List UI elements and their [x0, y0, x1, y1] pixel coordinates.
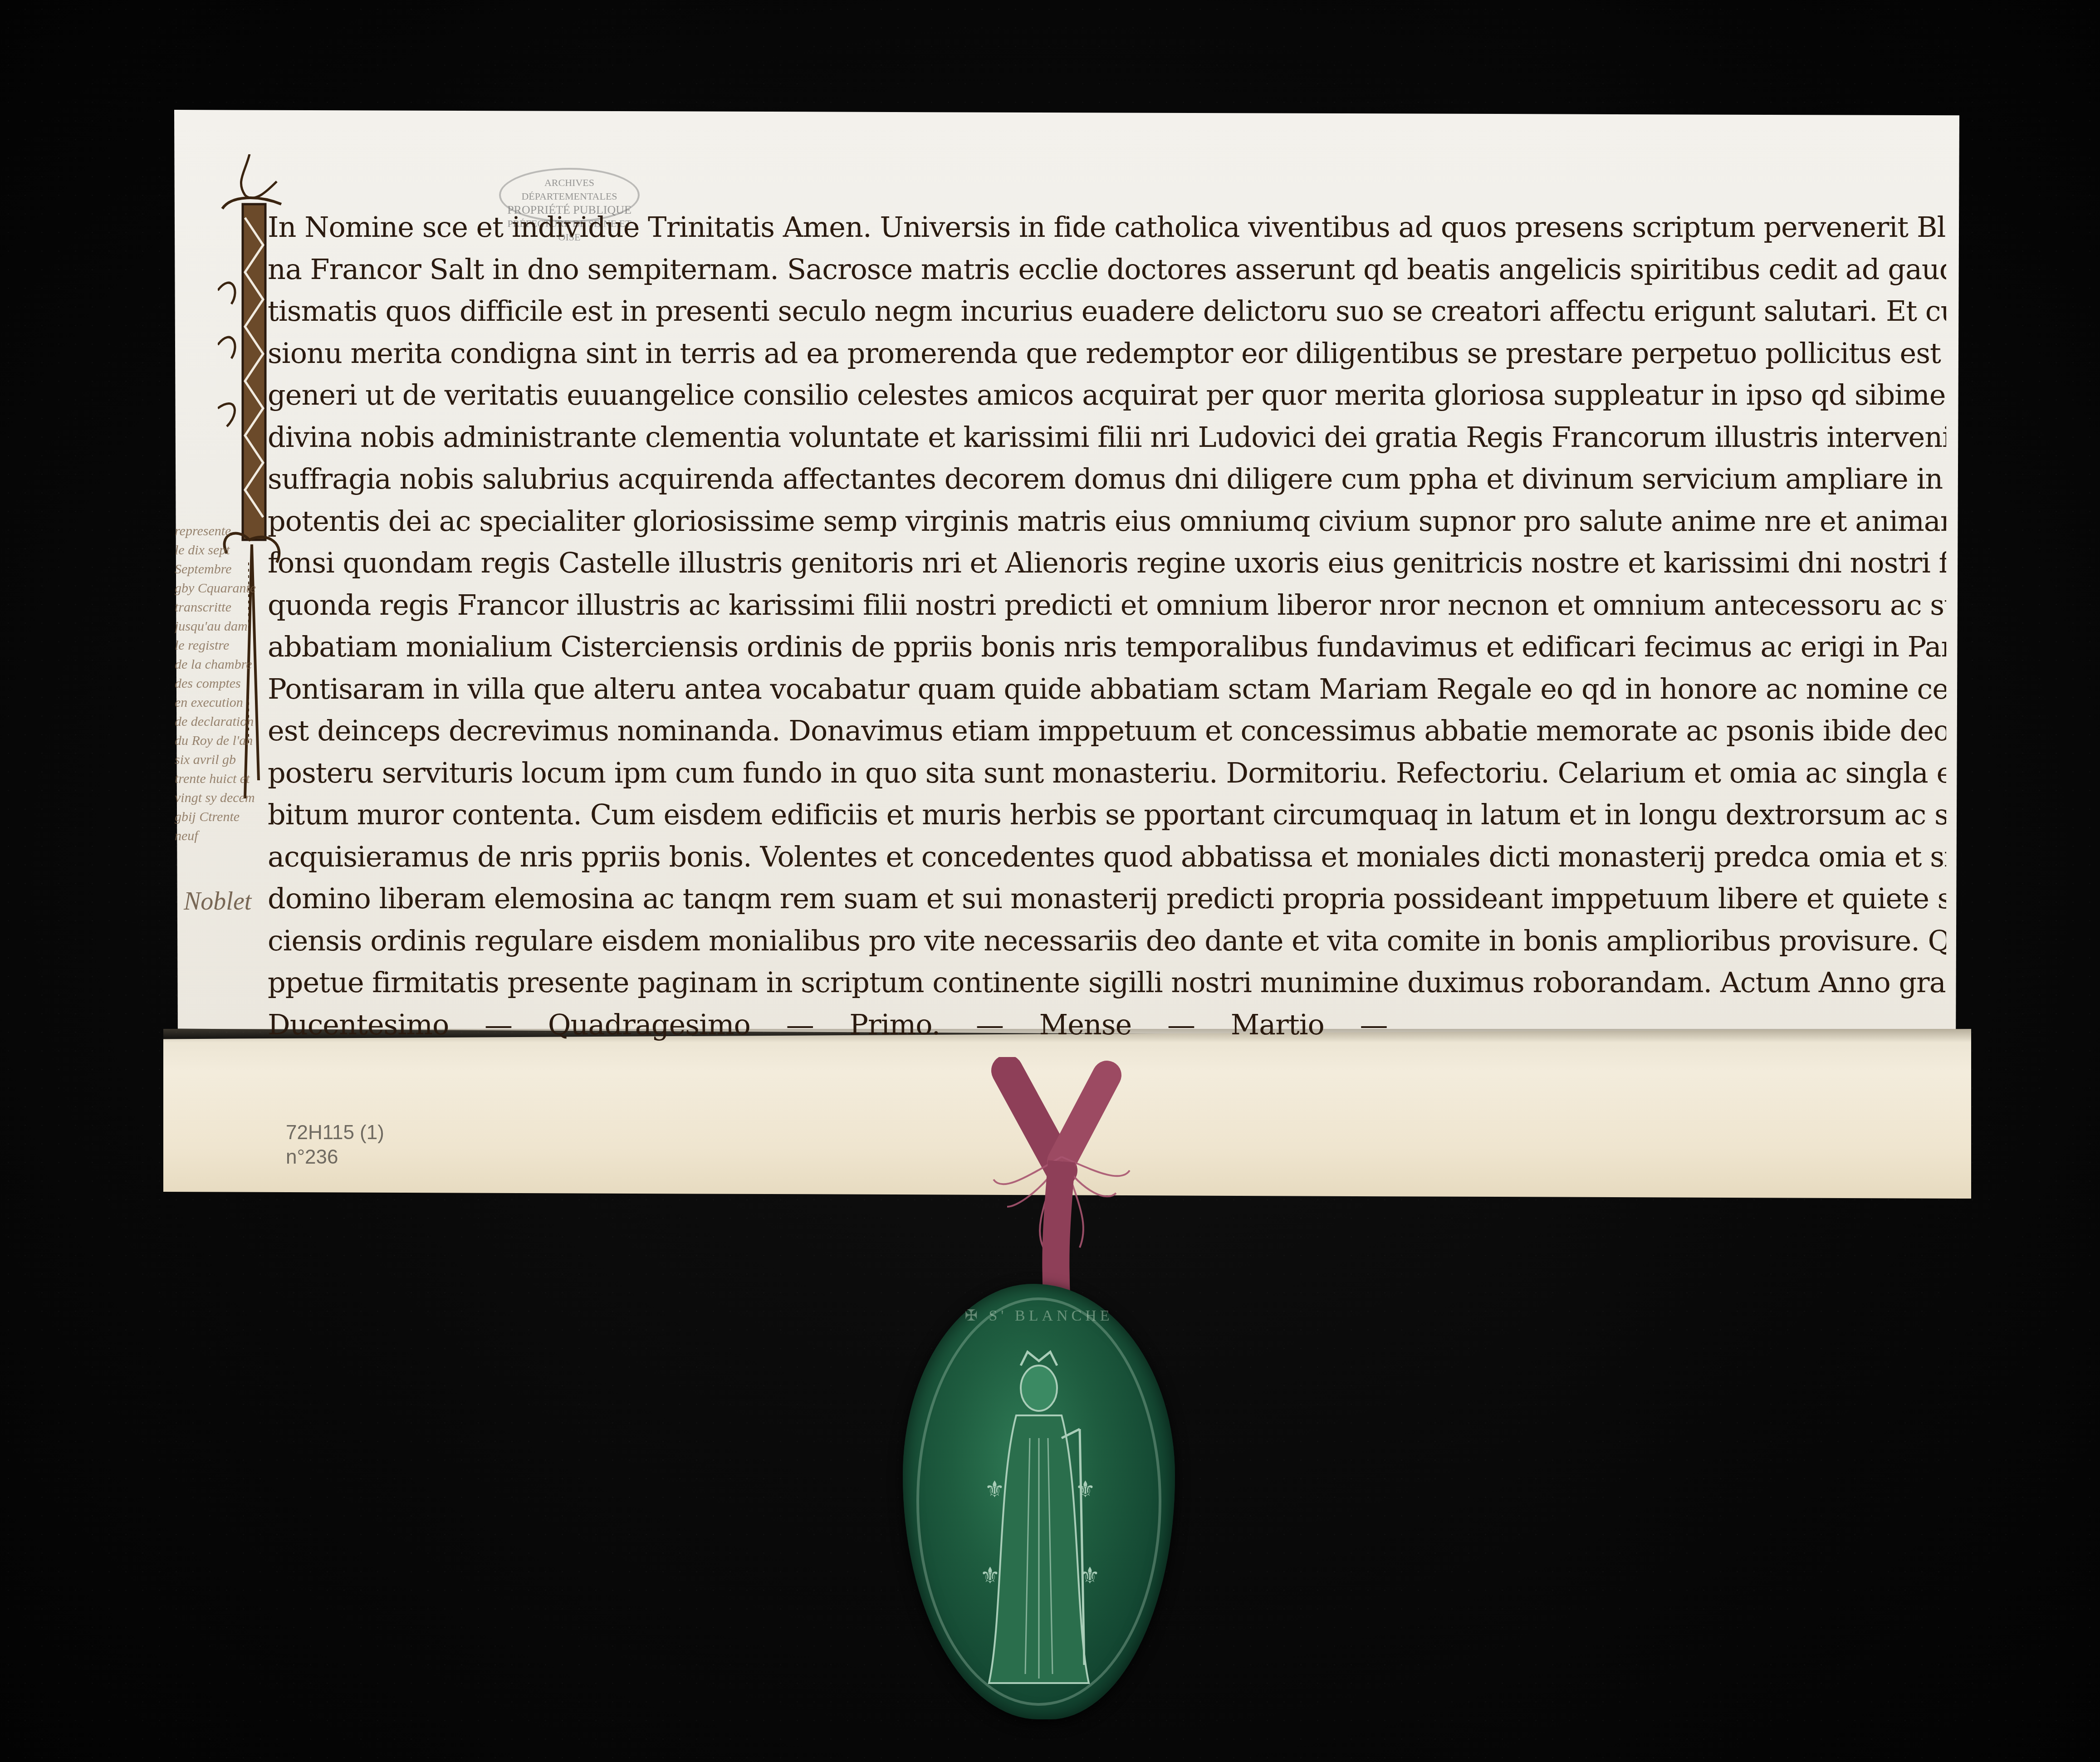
margin-signature: Noblet [184, 887, 251, 916]
text-line: posteru servituris locum ipm cum fundo i… [268, 752, 1946, 794]
text-line: ppetue firmitatis presente paginam in sc… [268, 962, 1946, 1004]
text-line: tismatis quos difficile est in presenti … [268, 290, 1946, 333]
margin-line: de la chambre [175, 655, 272, 674]
text-line: acquisieramus de nris ppriis bonis. Vole… [268, 836, 1946, 878]
margin-line: trente huict et [175, 769, 272, 788]
margin-line: represente [175, 522, 272, 541]
text-line: potentis dei ac specialiter gloriosissim… [268, 500, 1946, 543]
margin-line: gbij Ctrente [175, 808, 272, 827]
text-line: divina nobis administrante clementia vol… [268, 416, 1946, 459]
text-line: In Nomine sce et individue Trinitatis Am… [268, 206, 1946, 249]
text-line: domino liberam elemosina ac tanqm rem su… [268, 878, 1946, 920]
charter-text: In Nomine sce et individue Trinitatis Am… [268, 206, 1946, 1046]
svg-text:⚜: ⚜ [1080, 1562, 1100, 1589]
text-line: fonsi quondam regis Castelle illustris g… [268, 542, 1946, 584]
text-line: suffragia nobis salubrius acquirenda aff… [268, 458, 1946, 500]
seal-legend: ✠ S' BLANCHE [903, 1307, 1175, 1325]
margin-line: en execution [175, 693, 272, 712]
text-line: est deinceps decrevimus nominanda. Donav… [268, 710, 1946, 752]
svg-text:⚜: ⚜ [984, 1476, 1005, 1503]
text-line: quonda regis Francor illustris ac kariss… [268, 584, 1946, 626]
margin-line: des comptes [175, 674, 272, 693]
margin-line: de declaration [175, 712, 272, 731]
archive-reference: 72H115 (1) n°236 [286, 1121, 384, 1170]
margin-line: le registre [175, 636, 272, 655]
text-line: ciensis ordinis regulare eisdem monialib… [268, 920, 1946, 962]
text-line: na Francor Salt in dno sempiternam. Sacr… [268, 249, 1946, 291]
text-line-dating-clause: Ducentesimo — Quadragesimo — Primo. — Me… [268, 1004, 1946, 1046]
margin-line: le dix sept [175, 541, 272, 560]
margin-line: gby Cquarante [175, 579, 272, 598]
margin-annotation: represente le dix sept Septembre gby Cqu… [175, 522, 272, 846]
margin-line: vingt sy decem [175, 788, 272, 808]
text-line: abbatiam monialium Cisterciensis ordinis… [268, 626, 1946, 668]
text-line: generi ut de veritatis euuangelice consi… [268, 374, 1946, 416]
margin-line: six avril gb [175, 750, 272, 769]
text-line: sionu merita condigna sint in terris ad … [268, 333, 1946, 375]
text-line: Pontisaram in villa que alteru antea voc… [268, 668, 1946, 710]
archive-number: n°236 [286, 1145, 384, 1170]
svg-text:⚜: ⚜ [1075, 1476, 1096, 1503]
margin-line: Septembre [175, 560, 272, 579]
margin-line: jusqu'au dam [175, 617, 272, 636]
archive-shelfmark: 72H115 (1) [286, 1121, 384, 1145]
margin-line: neuf [175, 827, 272, 846]
text-line: bitum muror contenta. Cum eisdem edifici… [268, 794, 1946, 836]
margin-line: transcritte [175, 598, 272, 617]
margin-line: du Roy de l'an [175, 731, 272, 750]
standing-queen-figure-icon: ⚜ ⚜ ⚜ ⚜ [971, 1347, 1107, 1692]
svg-text:⚜: ⚜ [980, 1562, 1000, 1589]
archive-stamp-line1: ARCHIVES DÉPARTEMENTALES [501, 176, 638, 203]
